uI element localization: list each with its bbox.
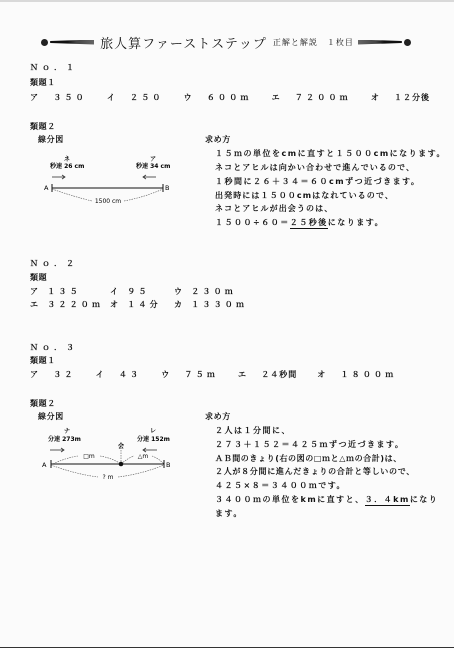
section-1-q1-answers: ア ３５０ イ ２５０ ウ ６００ｍ エ ７２００ｍ オ １２分後: [30, 92, 430, 103]
right-mover-name: ア: [150, 156, 156, 163]
explanation-line: ネコとアヒルが出会うのは、: [215, 203, 333, 214]
section-3-q2-label: 類題２: [30, 398, 56, 409]
bullet-dot-right-icon: [404, 39, 411, 46]
section-3-q1-label: 類題１: [30, 355, 56, 366]
answer-value: １２分後: [394, 93, 430, 102]
section-2-q-label: 類題: [30, 272, 47, 283]
right-segment-label: △m: [138, 453, 149, 460]
right-mover-speed: 秒速 34 cm: [135, 162, 170, 170]
title-bar-right-decoration: [358, 40, 402, 45]
answer-value: ３５０: [53, 93, 87, 102]
section-1-number: Ｎｏ．１: [30, 62, 78, 73]
explanation-line: ２７３＋１５２＝４２５ｍずつ近づきます。: [215, 439, 404, 450]
answer-underlined: ３．４km: [365, 495, 410, 506]
right-mover-name: レ: [150, 428, 156, 435]
title-bar-left-decoration: [50, 40, 94, 45]
explanation-answer-line: ３４００ｍの単位をkmに直すと、３．４kmになり: [215, 494, 438, 505]
answer-key: ウ: [184, 93, 195, 102]
right-arrow-icon: [50, 448, 64, 452]
point-b-label: B: [165, 184, 169, 192]
explanation-line: １５ｍの単位をcmに直すと１５００cmになります。: [215, 148, 446, 159]
explanation-line: ます。: [215, 508, 243, 519]
answer-underlined: ２５秒後: [290, 218, 328, 229]
section-1-q2-label: 類題２: [30, 121, 56, 132]
section-3-number: Ｎｏ．３: [30, 342, 78, 353]
explanation-answer-line: １５００÷６０＝２５秒後になります。: [215, 217, 384, 228]
page-subtitle: 正解と解説 １枚目: [273, 37, 354, 48]
explanation-line: ＡＢ間のきょり(右の図の□ｍと△ｍの合計)は、: [215, 453, 402, 464]
right-arrow-icon: [52, 175, 65, 179]
explanation-line: ネコとアヒルは向かい合わせで進んでいるので、: [215, 162, 415, 173]
answer-key: オ: [371, 93, 382, 102]
answer-value: ２５０: [130, 93, 164, 102]
answer-value: ７２００ｍ: [295, 93, 351, 102]
meet-point-label: 会: [118, 442, 124, 450]
meet-point-dot: [119, 462, 124, 467]
answer-key: ア: [30, 93, 41, 102]
section-2-answers-row-1: ア１３５イ９５ウ２３０ｍ: [30, 286, 236, 297]
distance-label: ? m: [103, 474, 114, 481]
line-segment-diagram-1: ネ 秒速 26 cm ア 秒速 34 cm A B 1500 cm: [40, 155, 180, 215]
line-segment-diagram-3: ナ 分速 273m レ 分速 152m 会 □m △m A B ? m: [40, 420, 180, 490]
page-title: 旅人算ファーストステップ: [100, 33, 267, 52]
answer-key: エ: [272, 93, 283, 102]
explanation-line: ２人は１分間に、: [215, 425, 291, 436]
explanation-line: ４２５×８＝３４００ｍです。: [215, 480, 346, 491]
section-3-q1-answers: ア ３２ イ ４３ ウ ７５ｍ エ ２４秒間 オ １８００ｍ: [30, 369, 396, 380]
point-b-label: B: [166, 461, 170, 469]
top-border: [0, 0, 454, 2]
answer-value: ６００ｍ: [207, 93, 252, 102]
section-2-answers-row-2: エ３２２０ｍオ１４分カ１３３０ｍ: [30, 299, 247, 310]
explanation-line: ２人が８分間に進んだきょりの合計と等しいので、: [215, 466, 415, 477]
explanation-line: 出発時には１５００cmはなれているので、: [215, 190, 394, 201]
distance-label: 1500 cm: [95, 198, 121, 205]
answer-key: イ: [107, 93, 118, 102]
section-1-q1-label: 類題１: [30, 77, 56, 88]
right-mover-speed: 分速 152m: [136, 435, 170, 443]
left-mover-speed: 秒速 26 cm: [49, 162, 84, 170]
explanation-line: １秒間に２６＋３４＝６０cmずつ近づきます。: [215, 176, 420, 187]
point-a-label: A: [42, 461, 47, 469]
bullet-dot-left-icon: [41, 39, 48, 46]
section-3-method-title: 求め方: [205, 411, 231, 422]
point-a-label: A: [44, 184, 49, 192]
page-header: 旅人算ファーストステップ 正解と解説 １枚目: [36, 35, 416, 49]
left-arrow-icon: [143, 175, 156, 179]
left-mover-name: ナ: [64, 428, 70, 435]
section-2-number: Ｎｏ．２: [30, 258, 78, 269]
left-mover-name: ネ: [64, 155, 70, 163]
section-1-method-title: 求め方: [205, 134, 231, 145]
section-1-diagram-label: 線分図: [38, 134, 64, 145]
left-arrow-icon: [143, 448, 157, 452]
left-segment-label: □m: [83, 453, 95, 460]
left-mover-speed: 分速 273m: [47, 435, 81, 443]
